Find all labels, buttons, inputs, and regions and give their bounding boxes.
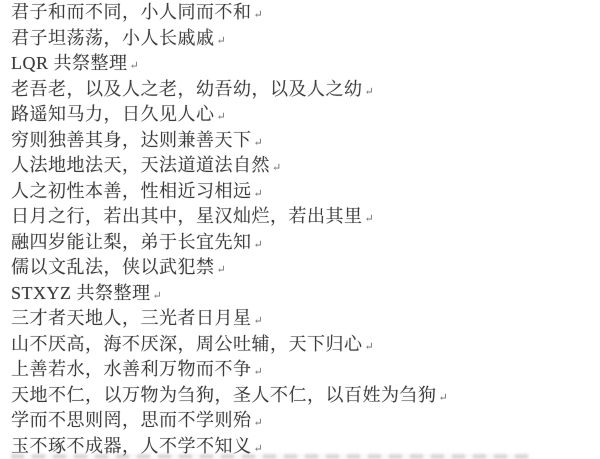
text-line: 人法地地法天，天法道道法自然↵ <box>0 153 600 179</box>
line-break-mark: ↵ <box>365 341 374 353</box>
line-text: 上善若水，水善利万物而不争 <box>11 359 252 379</box>
line-text: 玉不琢不成器，人不学不知义 <box>11 436 252 456</box>
line-text: 天地不仁，以万物为刍狗，圣人不仁，以百姓为刍狗 <box>11 385 437 405</box>
text-line: 君子和而不同，小人同而不和↵ <box>0 0 600 26</box>
line-text: 儒以文乱法，侠以武犯禁 <box>11 257 215 277</box>
text-line-heading: STXYZ 共祭整理↵ <box>0 281 600 307</box>
line-break-mark: ↵ <box>153 290 162 302</box>
line-break-mark: ↵ <box>217 111 226 123</box>
text-line: 老吾老，以及人之老，幼吾幼，以及人之幼↵ <box>0 77 600 103</box>
line-text: 人之初性本善，性相近习相远 <box>11 181 252 201</box>
line-break-mark: ↵ <box>254 188 263 200</box>
line-text: 路遥知马力，日久见人心 <box>11 104 215 124</box>
text-line: 山不厌高，海不厌深，周公吐辅，天下归心↵ <box>0 332 600 358</box>
line-text: 三才者天地人，三光者日月星 <box>11 308 252 328</box>
line-text: STXYZ 共祭整理 <box>11 283 151 303</box>
line-text: 日月之行，若出其中，星汉灿烂，若出其里 <box>11 206 363 226</box>
line-break-mark: ↵ <box>272 162 281 174</box>
line-text: 山不厌高，海不厌深，周公吐辅，天下归心 <box>11 334 363 354</box>
text-line: 君子坦荡荡，小人长戚戚↵ <box>0 26 600 52</box>
document-page: 君子和而不同，小人同而不和↵ 君子坦荡荡，小人长戚戚↵ LQR 共祭整理↵ 老吾… <box>0 0 600 459</box>
line-break-mark: ↵ <box>365 86 374 98</box>
text-line: 上善若水，水善利万物而不争↵ <box>0 357 600 383</box>
line-text: 君子和而不同，小人同而不和 <box>11 2 252 22</box>
line-text: 人法地地法天，天法道道法自然 <box>11 155 270 175</box>
line-break-mark: ↵ <box>254 239 263 251</box>
line-text: 融四岁能让梨，弟于长宜先知 <box>11 232 252 252</box>
text-line: 人之初性本善，性相近习相远↵ <box>0 179 600 205</box>
line-break-mark: ↵ <box>254 137 263 149</box>
line-break-mark: ↵ <box>254 315 263 327</box>
line-text: 君子坦荡荡，小人长戚戚 <box>11 28 215 48</box>
line-break-mark: ↵ <box>439 392 448 404</box>
text-line: 三才者天地人，三光者日月星↵ <box>0 306 600 332</box>
line-text: 学而不思则罔，思而不学则殆 <box>11 410 252 430</box>
text-line: 天地不仁，以万物为刍狗，圣人不仁，以百姓为刍狗↵ <box>0 383 600 409</box>
text-line: 学而不思则罔，思而不学则殆↵ <box>0 408 600 434</box>
text-line: 儒以文乱法，侠以武犯禁↵ <box>0 255 600 281</box>
text-line: 融四岁能让梨，弟于长宜先知↵ <box>0 230 600 256</box>
line-text: 老吾老，以及人之老，幼吾幼，以及人之幼 <box>11 79 363 99</box>
line-break-mark: ↵ <box>254 443 263 455</box>
line-break-mark: ↵ <box>130 60 139 72</box>
cropped-text-remnant <box>11 454 530 459</box>
line-break-mark: ↵ <box>254 417 263 429</box>
line-text: LQR 共祭整理 <box>11 53 128 73</box>
line-text: 穷则独善其身，达则兼善天下 <box>11 130 252 150</box>
line-break-mark: ↵ <box>217 264 226 276</box>
text-line: 路遥知马力，日久见人心↵ <box>0 102 600 128</box>
line-break-mark: ↵ <box>254 9 263 21</box>
text-line: 日月之行，若出其中，星汉灿烂，若出其里↵ <box>0 204 600 230</box>
line-break-mark: ↵ <box>217 35 226 47</box>
line-break-mark: ↵ <box>254 366 263 378</box>
text-line: 穷则独善其身，达则兼善天下↵ <box>0 128 600 154</box>
line-break-mark: ↵ <box>365 213 374 225</box>
text-line-heading: LQR 共祭整理↵ <box>0 51 600 77</box>
